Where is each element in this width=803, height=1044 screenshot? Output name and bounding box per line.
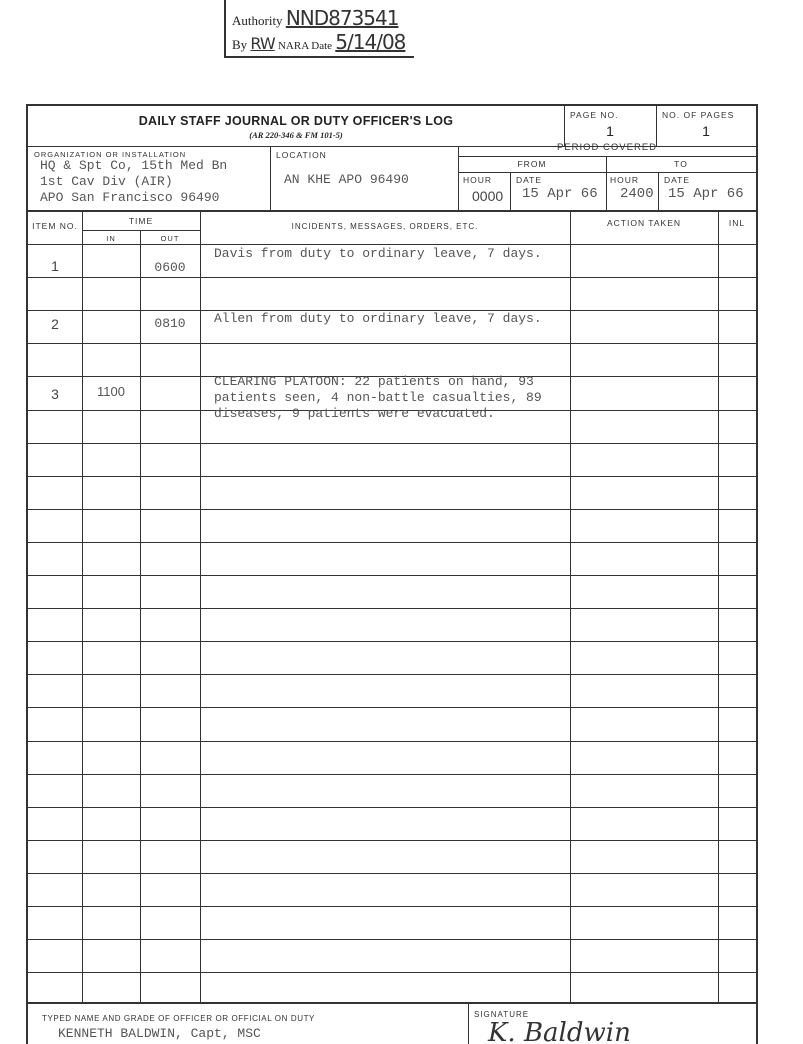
- entry-3-item: 3: [28, 386, 82, 402]
- action-taken-header: ACTION TAKEN: [570, 218, 718, 228]
- grid-row-line: [28, 443, 756, 444]
- to-hour-label: HOUR: [610, 175, 639, 185]
- grid-row-line: [28, 807, 756, 808]
- grid-row-line: [28, 641, 756, 642]
- entry-2-time-out: 0810: [140, 316, 200, 331]
- grid-row-line: [28, 674, 756, 675]
- entry-1-item: 1: [28, 258, 82, 274]
- nara-date-value: 5/14/08: [335, 30, 405, 54]
- no-of-pages-label: NO. OF PAGES: [662, 110, 734, 120]
- duty-officer-log-form: DAILY STAFF JOURNAL OR DUTY OFFICER'S LO…: [26, 104, 758, 1044]
- location-value: AN KHE APO 96490: [284, 172, 409, 188]
- organization-value: HQ & Spt Co, 15th Med Bn 1st Cav Div (AI…: [40, 158, 227, 206]
- time-header: TIME: [82, 216, 200, 226]
- from-hour-label: HOUR: [463, 175, 492, 185]
- nara-date-label: NARA Date: [278, 40, 332, 52]
- entry-3-text: CLEARING PLATOON: 22 patients on hand, 9…: [214, 374, 542, 422]
- grid-row-line: [28, 575, 756, 576]
- entry-1-text: Davis from duty to ordinary leave, 7 day…: [214, 246, 542, 262]
- page-no-value: 1: [564, 123, 656, 139]
- officer-value: KENNETH BALDWIN, Capt, MSC: [58, 1026, 261, 1042]
- grid-row-line: [28, 774, 756, 775]
- signature: K. Baldwin: [488, 1018, 631, 1044]
- entry-2-item: 2: [28, 316, 82, 332]
- to-date-value: 15 Apr 66: [668, 186, 744, 202]
- page-no-label: PAGE NO.: [570, 110, 618, 120]
- grid-row-line: [28, 343, 756, 344]
- authority-label: Authority: [232, 13, 283, 28]
- from-date-label: DATE: [516, 175, 542, 185]
- by-label: By: [232, 37, 247, 52]
- period-from-label: FROM: [458, 159, 606, 169]
- officer-label: TYPED NAME AND GRADE OF OFFICER OR OFFIC…: [42, 1014, 315, 1023]
- grid-row-line: [28, 939, 756, 940]
- entry-2-text: Allen from duty to ordinary leave, 7 day…: [214, 311, 542, 327]
- time-out-header: OUT: [140, 234, 200, 243]
- grid-row-line: [28, 873, 756, 874]
- entry-1-time-out: 0600: [140, 260, 200, 275]
- to-date-label: DATE: [664, 175, 690, 185]
- grid-row-line: [28, 542, 756, 543]
- grid-row-line: [28, 244, 756, 245]
- from-date-value: 15 Apr 66: [522, 186, 598, 202]
- grid-row-line: [28, 707, 756, 708]
- incidents-header: INCIDENTS, MESSAGES, ORDERS, ETC.: [200, 222, 570, 231]
- grid-row-line: [28, 509, 756, 510]
- grid-row-line: [28, 608, 756, 609]
- grid-row-line: [28, 840, 756, 841]
- by-initials: RW: [250, 34, 274, 53]
- grid-row-line: [28, 972, 756, 973]
- no-of-pages-value: 1: [656, 123, 756, 139]
- to-hour-value: 2400: [620, 186, 654, 202]
- period-to-label: TO: [606, 159, 756, 169]
- inl-header: INL: [718, 218, 756, 228]
- time-in-header: IN: [82, 234, 140, 243]
- grid-row-line: [28, 476, 756, 477]
- location-label: LOCATION: [276, 150, 327, 160]
- grid-row-line: [28, 906, 756, 907]
- declassification-stamp: Authority NND873541 By RW NARA Date 5/14…: [224, 0, 414, 58]
- authority-value: NND873541: [286, 6, 399, 30]
- entry-3-time-in: 1100: [82, 384, 140, 399]
- form-title: DAILY STAFF JOURNAL OR DUTY OFFICER'S LO…: [28, 114, 564, 128]
- item-no-header: ITEM NO.: [28, 221, 82, 232]
- period-covered-label: PERIOD COVERED: [458, 142, 756, 153]
- form-subtitle: (AR 220-346 & FM 101-5): [28, 130, 564, 140]
- from-hour-value: 0000: [472, 188, 503, 204]
- grid-row-line: [28, 277, 756, 278]
- grid-row-line: [28, 741, 756, 742]
